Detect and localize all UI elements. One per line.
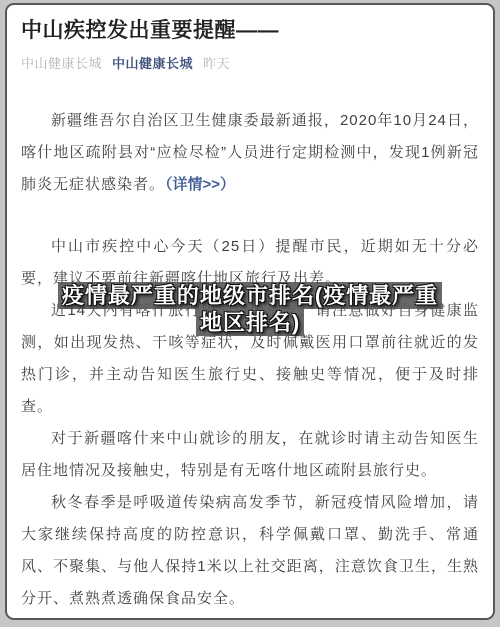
byline: 中山健康长城中山健康长城昨天	[21, 55, 479, 73]
page-title: 中山疾控发出重要提醒——	[21, 17, 479, 45]
byline-account-link[interactable]: 中山健康长城	[112, 56, 193, 71]
paragraph-text: 新疆维吾尔自治区卫生健康委最新通报，2020年10月24日，喀什地区疏附县对“应…	[21, 112, 479, 193]
paragraph-clinic-visit: 对于新疆喀什来中山就诊的朋友，在就诊时请主动告知医生居住地情况及接触史，特别是有…	[21, 423, 479, 487]
byline-source: 中山健康长城	[21, 56, 102, 71]
paragraph-notice: 新疆维吾尔自治区卫生健康委最新通报，2020年10月24日，喀什地区疏附县对“应…	[21, 105, 479, 201]
article-body: 新疆维吾尔自治区卫生健康委最新通报，2020年10月24日，喀什地区疏附县对“应…	[21, 105, 479, 615]
page-background: 中山疾控发出重要提醒—— 中山健康长城中山健康长城昨天 新疆维吾尔自治区卫生健康…	[0, 0, 500, 627]
paragraph-travel-history: 近14天内有喀什旅行史的市民朋友，请注意做好自身健康监测，如出现发热、干咳等症状…	[21, 295, 479, 423]
details-link[interactable]: （详情>>）	[165, 176, 235, 193]
paragraph-reminder: 中山市疾控中心今天（25日）提醒市民，近期如无十分必要，建议不要前往新疆喀什地区…	[21, 231, 479, 295]
byline-timestamp: 昨天	[203, 56, 230, 71]
article-card: 中山疾控发出重要提醒—— 中山健康长城中山健康长城昨天 新疆维吾尔自治区卫生健康…	[5, 3, 495, 620]
paragraph-season-advice: 秋冬春季是呼吸道传染病高发季节，新冠疫情风险增加，请大家继续保持高度的防控意识，…	[21, 487, 479, 615]
